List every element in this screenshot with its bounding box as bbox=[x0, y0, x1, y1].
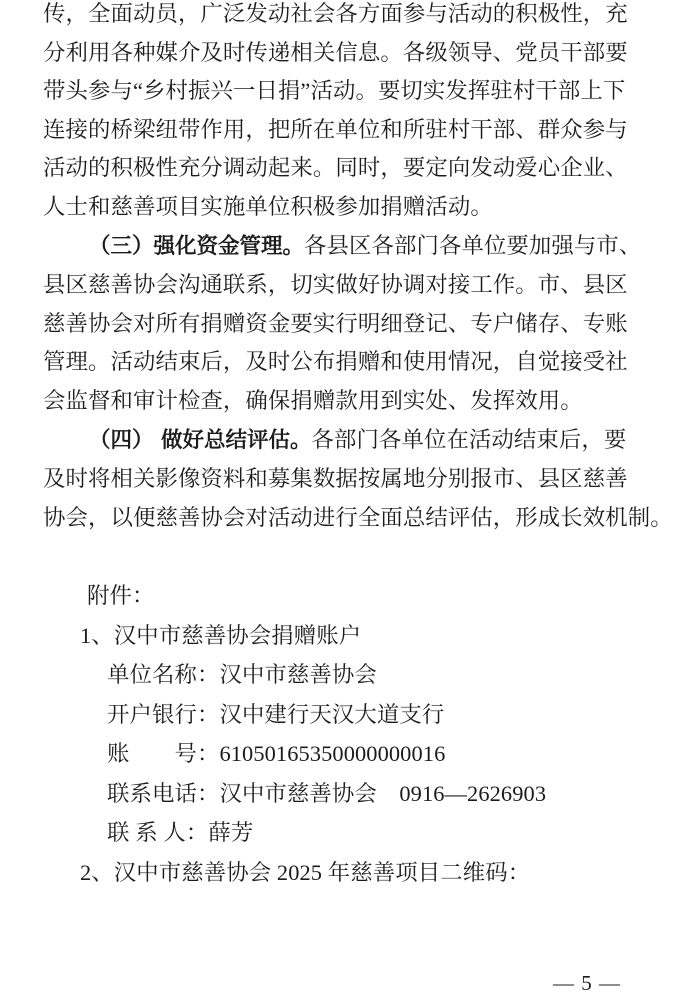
attachment-detail: 联 系 人：薛芳 bbox=[43, 813, 643, 853]
body-line: 及时将相关影像资料和募集数据按属地分别报市、县区慈善 bbox=[43, 460, 643, 499]
attachment-item: 1、汉中市慈善协会捐赠账户 bbox=[43, 616, 643, 656]
body-line: （四） 做好总结评估。各部门各单位在活动结束后，要 bbox=[43, 421, 643, 461]
body-line: （三）强化资金管理。各县区各部门各单位要加强与市、 bbox=[43, 227, 643, 267]
body-line-text: 县区慈善协会沟通联系，切实做好协调对接工作。市、县区 bbox=[43, 272, 628, 297]
body-line-text: 带头参与“乡村振兴一日捐”活动。要切实发挥驻村干部上下 bbox=[43, 78, 625, 103]
attachment-heading: 附件： bbox=[43, 576, 643, 616]
body-line: 人士和慈善项目实施单位积极参加捐赠活动。 bbox=[43, 188, 643, 227]
body-line: 县区慈善协会沟通联系，切实做好协调对接工作。市、县区 bbox=[43, 266, 643, 305]
attachment-lines: 1、汉中市慈善协会捐赠账户单位名称：汉中市慈善协会开户银行：汉中建行天汉大道支行… bbox=[43, 616, 643, 893]
body-line-text: 人士和慈善项目实施单位积极参加捐赠活动。 bbox=[43, 194, 493, 219]
body-line-text: 各部门各单位在活动结束后，要 bbox=[312, 427, 627, 452]
body-line: 管理。活动结束后，及时公布捐赠和使用情况，自觉接受社 bbox=[43, 343, 643, 382]
body-line: 会监督和审计检查，确保捐赠款用到实处、发挥效用。 bbox=[43, 382, 643, 421]
attachment-section: 附件： 1、汉中市慈善协会捐赠账户单位名称：汉中市慈善协会开户银行：汉中建行天汉… bbox=[43, 576, 643, 892]
body-line-text: 会监督和审计检查，确保捐赠款用到实处、发挥效用。 bbox=[43, 388, 583, 413]
body-line: 带头参与“乡村振兴一日捐”活动。要切实发挥驻村干部上下 bbox=[43, 72, 643, 111]
section-heading: （三）强化资金管理。 bbox=[89, 234, 304, 259]
body-line-text: 管理。活动结束后，及时公布捐赠和使用情况，自觉接受社 bbox=[43, 349, 628, 374]
body-line-text: 活动的积极性充分调动起来。同时，要定向发动爱心企业、 bbox=[43, 155, 628, 180]
body-line: 传，全面动员，广泛发动社会各方面参与活动的积极性，充 bbox=[43, 0, 643, 34]
body-line: 协会，以便慈善协会对活动进行全面总结评估，形成长效机制。 bbox=[43, 499, 643, 538]
page-number: — 5 — bbox=[553, 971, 621, 995]
attachment-item: 2、汉中市慈善协会 2025 年慈善项目二维码： bbox=[43, 853, 643, 893]
body-line-text: 分利用各种媒介及时传递相关信息。各级领导、党员干部要 bbox=[43, 40, 628, 65]
body-line: 连接的桥梁纽带作用，把所在单位和所驻村干部、群众参与 bbox=[43, 111, 643, 150]
document-page: 传，全面动员，广泛发动社会各方面参与活动的积极性，充分利用各种媒介及时传递相关信… bbox=[0, 0, 673, 1000]
body-line-text: 连接的桥梁纽带作用，把所在单位和所驻村干部、群众参与 bbox=[43, 117, 628, 142]
body-line-text: 慈善协会对所有捐赠资金要实行明细登记、专户储存、专账 bbox=[43, 311, 628, 336]
document-body: 传，全面动员，广泛发动社会各方面参与活动的积极性，充分利用各种媒介及时传递相关信… bbox=[43, 0, 643, 537]
body-line-text: 协会，以便慈善协会对活动进行全面总结评估，形成长效机制。 bbox=[43, 505, 673, 530]
body-line-text: 各县区各部门各单位要加强与市、 bbox=[304, 233, 641, 258]
attachment-detail: 单位名称：汉中市慈善协会 bbox=[43, 655, 643, 695]
attachment-detail: 开户银行：汉中建行天汉大道支行 bbox=[43, 695, 643, 735]
body-line: 分利用各种媒介及时传递相关信息。各级领导、党员干部要 bbox=[43, 34, 643, 73]
body-line-text: 传，全面动员，广泛发动社会各方面参与活动的积极性，充 bbox=[43, 1, 628, 26]
body-line: 活动的积极性充分调动起来。同时，要定向发动爱心企业、 bbox=[43, 149, 643, 188]
body-line-text: 及时将相关影像资料和募集数据按属地分别报市、县区慈善 bbox=[43, 466, 628, 491]
section-heading: （四） 做好总结评估。 bbox=[89, 428, 312, 453]
page-footer: — 5 — bbox=[553, 971, 621, 996]
attachment-detail: 联系电话：汉中市慈善协会 0916—2626903 bbox=[43, 774, 643, 814]
attachment-detail: 账 号：61050165350000000016 bbox=[43, 734, 643, 774]
body-line: 慈善协会对所有捐赠资金要实行明细登记、专户储存、专账 bbox=[43, 305, 643, 344]
